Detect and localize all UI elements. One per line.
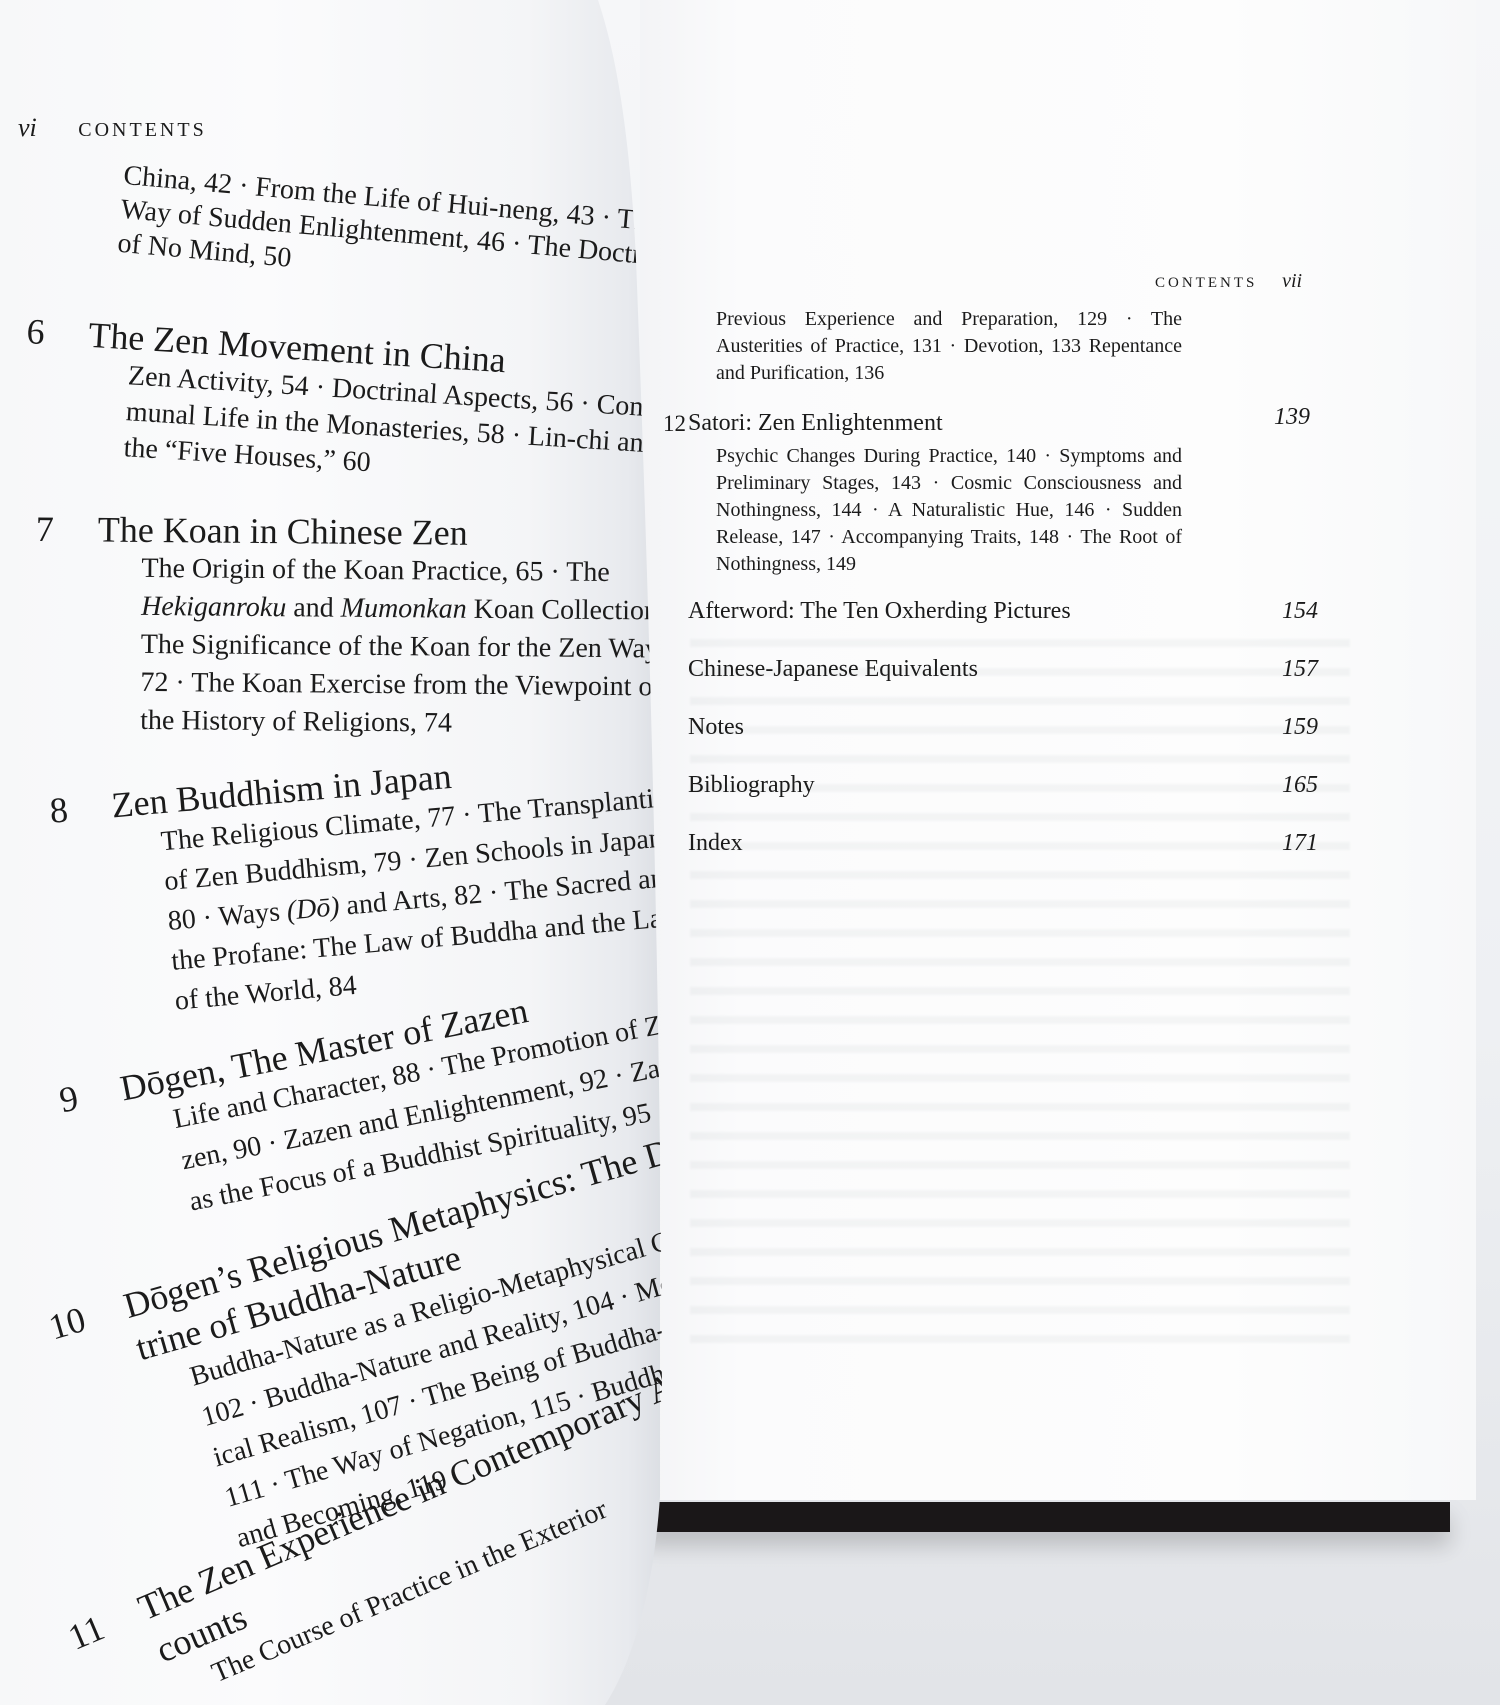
subsection-text: Previous Experience and Preparation, 129… [716,306,1182,387]
subsection-line: The Significance of the Koan for the Zen… [141,629,665,666]
page-number: 171 [1282,830,1318,857]
chapter-number: 10 [44,1298,90,1348]
running-head-right: CONTENTS vii [1155,270,1302,293]
toc-entry-equivalents[interactable]: Chinese-Japanese Equivalents 157 [688,656,1318,714]
italic-title: Mumonkan [341,593,467,625]
toc-entry-bibliography[interactable]: Bibliography 165 [688,772,1318,830]
subsection-line: The Origin of the Koan Practice, 65 · Th… [141,553,610,589]
chapter-number: 9 [56,1077,82,1122]
page-number: 139 [1274,404,1310,431]
chapter-number: 8 [48,788,70,831]
chapter-title: The Koan in Chinese Zen [98,509,468,554]
page-folio: vi [18,113,37,142]
page-number: 154 [1282,598,1318,625]
entry-title: Index [688,830,743,857]
left-page: vi CONTENTS China, 42 · From the Life of… [0,0,660,1705]
chapter-number: 6 [25,310,46,353]
entry-title: Chinese-Japanese Equivalents [688,656,978,683]
chapter-number: 11 [62,1606,110,1658]
subsection-line: the History of Religions, 74 [140,705,452,740]
toc-entry-notes[interactable]: Notes 159 [688,714,1318,772]
toc-entry-index[interactable]: Index 171 [688,830,1318,888]
toc-entry-afterword[interactable]: Afterword: The Ten Oxherding Pictures 15… [688,598,1318,656]
book-cover-edge [640,1502,1450,1532]
running-head-label: CONTENTS [78,119,206,141]
chapter-title: Satori: Zen Enlightenment [688,410,943,437]
italic-title: Hekiganroku [141,591,286,623]
subsection-text: Psychic Changes During Practice, 140 · S… [716,443,1182,578]
running-head-label: CONTENTS [1155,275,1257,291]
italic-term: (Dō) [285,891,340,926]
page-number: 159 [1282,714,1318,741]
subsection-line: Hekiganroku and Mumonkan Koan Collection… [141,591,727,628]
entry-title: Bibliography [688,772,815,799]
back-matter-list: Afterword: The Ten Oxherding Pictures 15… [688,598,1318,888]
entry-title: Afterword: The Ten Oxherding Pictures [688,598,1071,625]
chapter-11-continuation: Previous Experience and Preparation, 129… [716,306,1182,387]
running-head-left: vi CONTENTS [0,113,207,143]
chapter-number: 7 [36,508,54,550]
entry-title: Notes [688,714,744,741]
subsection-line: of the World, 84 [174,970,358,1018]
chapter-number: 12 [640,410,686,437]
page-number: 165 [1282,772,1318,799]
page-folio: vii [1282,270,1302,292]
subsection-line: 72 · The Koan Exercise from the Viewpoin… [140,667,662,704]
page-number: 157 [1282,656,1318,683]
